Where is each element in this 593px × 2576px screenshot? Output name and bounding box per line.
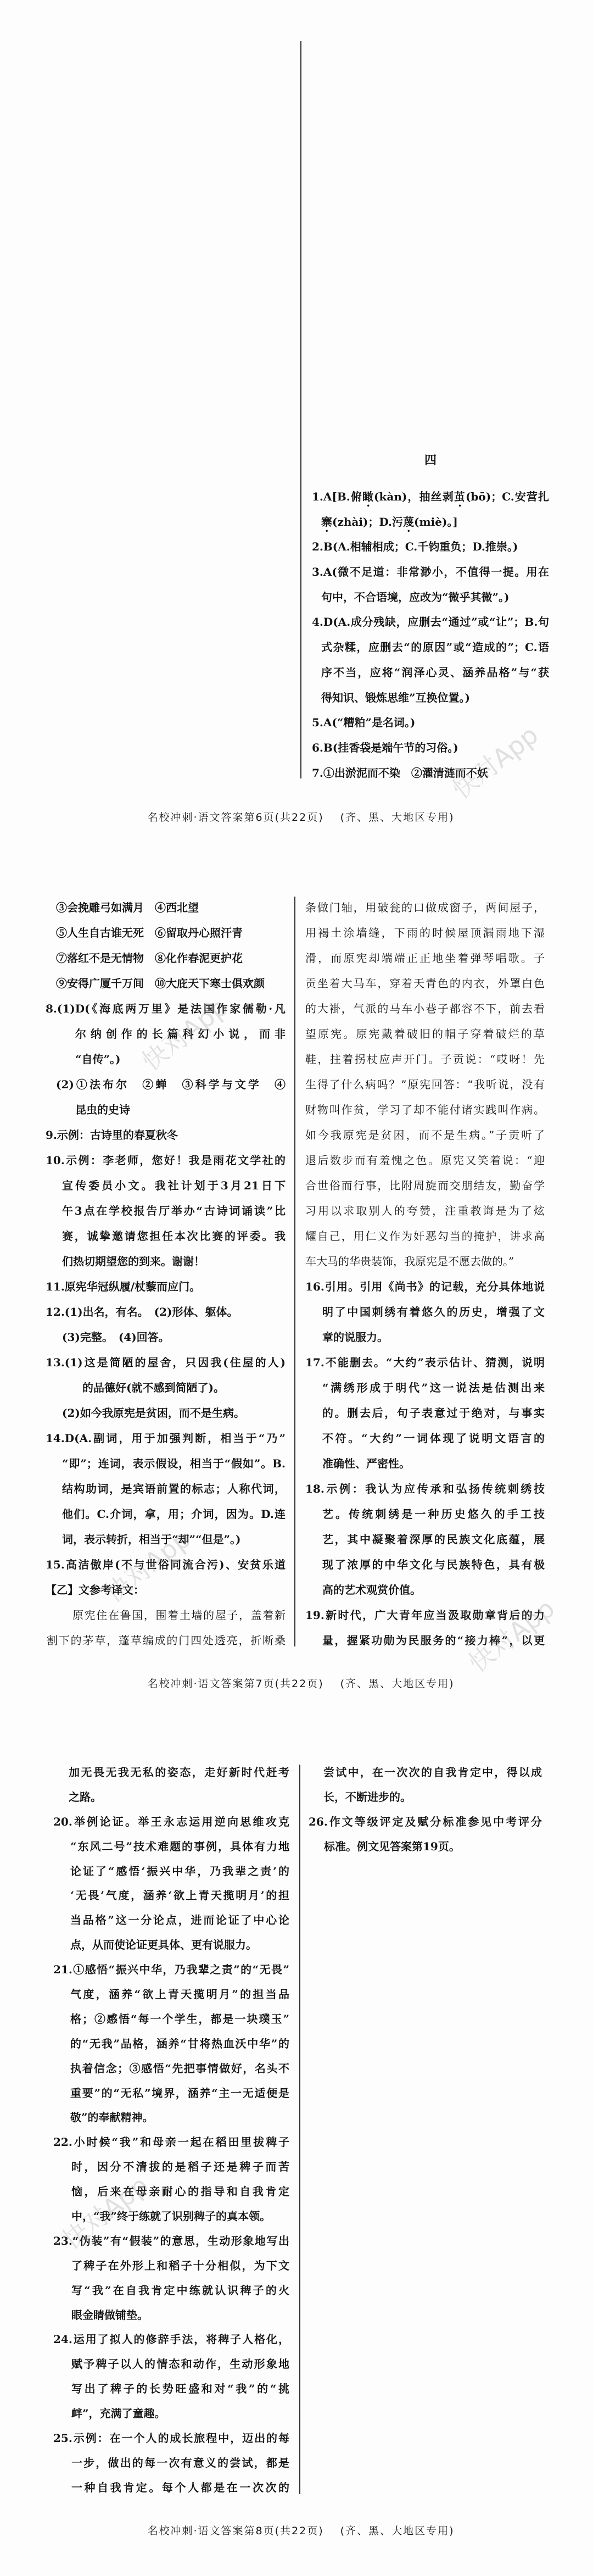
answer-line: 艺，其中凝聚着深厚的民族文化底蕴，展 <box>305 1527 545 1552</box>
answer-line: 章的说服力。 <box>305 1325 545 1350</box>
text-segment: (zhài)；D.污 <box>332 515 403 528</box>
answer-line: 式杂糅，应删去“的原因”或“造成的”；C.语 <box>312 635 549 660</box>
answer-line: 尝试中，在一次次的自我肯定中，得以成 <box>309 1760 542 1785</box>
translation-line: 车大马的华贵装饰，我原宪是不愿去做的。” <box>305 1249 545 1274</box>
emphasized-char: 蔑 <box>403 515 414 528</box>
answer-line: 的“无我”品格，涵养“甘将热血沃中华”的 <box>53 2032 289 2056</box>
answer-line: 一步，做出的每一次有意义的尝试，都是 <box>53 2451 289 2475</box>
answer-line: 宣传委员小文。我社计划于3月21日下 <box>46 1173 286 1198</box>
answer-line: 标准。例文见答案第19页。 <box>309 1834 542 1859</box>
answer-line: 14.D(A.副词，用于加强判断，相当于“乃” <box>46 1426 286 1451</box>
answer-line: 11.原宪华冠纵履/杖藜而应门。 <box>46 1274 286 1299</box>
answer-line: ③会挽雕弓如满月 ④西北望 <box>46 895 286 920</box>
translation-line: 如今我原宪是贫困，而不是生病。”子贡听了 <box>305 1122 545 1148</box>
answer-line: 当品格”这一分论点，进而论证了中心论 <box>53 1908 289 1933</box>
answer-line: 句中，不合语境，应改为“微乎其微”。) <box>312 585 549 610</box>
answer-line: “满绣形成于明代”这一说法是估测出来 <box>305 1375 545 1400</box>
answer-line: 结构助词，是宾语前置的标志；人称代词， <box>46 1476 286 1501</box>
answer-line: 17.不能删去。“大约”表示估计、猜测，说明 <box>305 1350 545 1375</box>
answer-line: 4.D(A.成分残缺，应删去“通过”或“让”；B.句 <box>312 610 549 635</box>
answer-line: 恼，后来在母亲耐心的指导和自我肯定 <box>53 2179 289 2204</box>
footer-title: 名校冲刺·语文答案第8页(共22页) <box>148 2525 324 2537</box>
page6-right-column: 1.A[B.俯瞰(kàn)，抽丝剥茧(bō)；C.安营扎 寨(zhài)；D.污… <box>312 485 549 786</box>
translation-line: 滑，而原宪却端端正正地坐着弹琴唱歌。子 <box>305 945 545 971</box>
text-segment: (bō)；C.安营扎 <box>466 490 549 503</box>
answer-line: 25.示例：在一个人的成长旅程中，迈出的每 <box>53 2426 289 2451</box>
emphasized-char: 茧 <box>454 490 466 503</box>
page8-right-column: 尝试中，在一次次的自我肯定中，得以成 长，不断进步的。 26.作文等级评定及赋分… <box>309 1760 542 1859</box>
answer-line: (2)如今我原宪是贫困，而不是生病。 <box>46 1400 286 1426</box>
answer-line: 寨(zhài)；D.污蔑(miè)。] <box>312 510 549 535</box>
answer-line: 写“我”在自我肯定中练就认识稗子的火 <box>53 2278 289 2303</box>
column-divider <box>300 41 301 778</box>
answer-line: 12.(1)出名，有名。 (2)形体、躯体。 <box>46 1299 286 1325</box>
answer-line: 写出了稗子的长势旺盛和对“我”的“挑 <box>53 2377 289 2401</box>
answer-line: “自传”。) <box>46 1047 286 1072</box>
answer-line: 1.A[B.俯瞰(kàn)，抽丝剥茧(bō)；C.安营扎 <box>312 485 549 510</box>
answer-line: 8.(1)D(《海底两万里》是法国作家儒勒·凡 <box>46 996 286 1021</box>
emphasized-char: 瞰 <box>362 490 374 503</box>
answer-line: 21.①感悟“振兴中华，乃我辈之责”的“无畏” <box>53 1957 289 1982</box>
answer-line: 加无畏无我无私的姿态，走好新时代赶考 <box>53 1760 289 1785</box>
translation-line: 退后数步而有羞愧之色。原宪又笑着说：“迎 <box>305 1148 545 1173</box>
answer-line: 点，从而使论证更具体、更有说服力。 <box>53 1933 289 1957</box>
answer-line: 格；②感悟“每一个学生，都是一块璞玉” <box>53 2007 289 2032</box>
answer-line: 16.引用。引用《尚书》的记载，充分具体地说 <box>305 1274 545 1299</box>
answer-line: (2)①法布尔 ②蝉 ③科学与文学 ④ <box>46 1072 286 1097</box>
footer-region: (齐、黑、大地区专用) <box>340 1678 455 1690</box>
answer-line: 赋予稗子以人的情态和动作，生动形象地 <box>53 2352 289 2377</box>
translation-line: 财物叫作贫，学习了却不能付诸实践叫作病。 <box>305 1097 545 1122</box>
translation-line: 鞋，拄着拐杖应声开门。子贡说：“哎呀！先 <box>305 1047 545 1072</box>
answer-line: 时，因分不清拔的是稻子还是稗子而苦 <box>53 2155 289 2179</box>
answer-line: 15.高洁傲岸(不与世俗同流合污)、安贫乐道 <box>46 1552 286 1577</box>
answer-line: “东风二号”技术难题的事例，具体有力地 <box>53 1834 289 1859</box>
column-divider <box>299 1765 300 2494</box>
text-segment: 1.A[B.俯 <box>312 490 362 503</box>
translation-line: 用褐土涂墙缝，下雨的时候屋顶漏雨地下湿 <box>305 920 545 945</box>
answer-line: 的。删去后，句子表意过于绝对，与事实 <box>305 1400 545 1426</box>
translation-line: 贡坐着大马车，穿着天青色的内衣，外罩白色 <box>305 971 545 996</box>
answer-line: 的品德好(就不感到简陋了)。 <box>46 1375 286 1400</box>
translation-line: 合世俗而行事，比附周旋而交朋结友，勤奋学 <box>305 1173 545 1198</box>
answer-line: 他们。C.介词，拿，用；介词，因为。D.连 <box>46 1501 286 1527</box>
answer-line: 现了浓厚的中华文化与民族特色，具有极 <box>305 1552 545 1577</box>
answer-line: 3.A(微不足道：非常渺小，不值得一提。用在 <box>312 560 549 585</box>
answer-line: 中，“我”终于练就了识别稗子的真本领。 <box>53 2204 289 2229</box>
answer-line: 19.新时代，广大青年应当汲取勋章背后的力 <box>305 1603 545 1628</box>
answer-line: 10.示例：李老师，您好！我是雨花文学社的 <box>46 1148 286 1173</box>
answer-line: 赛，诚挚邀请您担任本次比赛的评委。我 <box>46 1223 286 1249</box>
answer-line: 20.举例论证。举王永志运用逆向思维攻克 <box>53 1810 289 1834</box>
answer-line: ⑤人生自古谁无死 ⑥留取丹心照汗青 <box>46 920 286 945</box>
column-divider <box>294 897 295 1646</box>
translation-line: 望原宪。原宪戴着破旧的帽子穿着破烂的草 <box>305 1021 545 1047</box>
page7-left-column: ③会挽雕弓如满月 ④西北望 ⑤人生自古谁无死 ⑥留取丹心照汗青 ⑦落红不是无情物… <box>46 895 286 1653</box>
answer-line: 9.示例：古诗里的春夏秋冬 <box>46 1122 286 1148</box>
answer-line: 5.A(“糟粕”是名词。) <box>312 710 549 736</box>
translation-line: 原宪住在鲁国，围着土墙的屋子，盖着新 <box>46 1603 286 1628</box>
answer-line: 论证了“感悟‘振兴中华，乃我辈之责’的 <box>53 1859 289 1884</box>
answer-line: 衅”，充满了童趣。 <box>53 2401 289 2426</box>
text-segment: (miè)。] <box>414 515 458 528</box>
answer-line: 13.(1)这是简陋的屋舍，只因我(住屋的人) <box>46 1350 286 1375</box>
answer-line: 准确性、严密性。 <box>305 1451 545 1476</box>
answer-line: 了稗子在外形上和稻子十分相似，为下文 <box>53 2254 289 2278</box>
answer-line: 尔纳创作的长篇科幻小说，而非 <box>46 1021 286 1047</box>
translation-line: 条做门轴，用破瓮的口做成窗子，两间屋子， <box>305 895 545 920</box>
footer-region: (齐、黑、大地区专用) <box>340 811 455 824</box>
answer-line: 之路。 <box>53 1785 289 1810</box>
answer-line: 不符。“大约”一词体现了说明文语言的 <box>305 1426 545 1451</box>
answer-line: “即”；连词，表示假设，相当于“假如”。B. <box>46 1451 286 1476</box>
answer-line: 执着信念；③感悟“先把事情做好，名头不 <box>53 2056 289 2081</box>
answer-line: 词，表示转折，相当于“却”“但是”。) <box>46 1527 286 1552</box>
page8-left-column: 加无畏无我无私的姿态，走好新时代赶考 之路。 20.举例论证。举王永志运用逆向思… <box>53 1760 289 2500</box>
answer-line: 昆虫的史诗 <box>46 1097 286 1122</box>
answer-line: (3)完整。 (4)回答。 <box>46 1325 286 1350</box>
answer-line: ‘无畏’气度，涵养‘欲上青天揽明月’的担 <box>53 1883 289 1908</box>
answer-line: 26.作文等级评定及赋分标准参见中考评分 <box>309 1810 542 1834</box>
page7-right-column: 条做门轴，用破瓮的口做成窗子，两间屋子， 用褐土涂墙缝，下雨的时候屋顶漏雨地下湿… <box>305 895 545 1653</box>
answer-line: 22.小时候“我”和母亲一起在稻田里拔稗子 <box>53 2130 289 2155</box>
answer-line: ⑨安得广厦千万间 ⑩大庇天下寒士俱欢颜 <box>46 971 286 996</box>
answer-line: 得知识、锻炼思维”互换位置。) <box>312 686 549 711</box>
answer-line: 7.①出淤泥而不染 ②濯清涟而不妖 <box>312 761 549 786</box>
answer-line: 一种自我肯定。每个人都是在一次次的 <box>53 2475 289 2500</box>
translation-line: 耀自己，用仁义作为奸恶勾当的掩护，讲求高 <box>305 1223 545 1249</box>
text-segment: (kàn)，抽丝剥 <box>374 490 454 503</box>
answer-line: 重要”的“无私”境界，涵养“主一无适便是 <box>53 2081 289 2106</box>
answer-line: 6.B(挂香袋是端午节的习俗。) <box>312 736 549 761</box>
page-footer: 名校冲刺·语文答案第7页(共22页)(齐、黑、大地区专用) <box>4 1676 593 1692</box>
document-canvas: 四 1.A[B.俯瞰(kàn)，抽丝剥茧(bō)；C.安营扎 寨(zhài)；D… <box>0 0 593 2576</box>
footer-region: (齐、黑、大地区专用) <box>340 2525 455 2537</box>
answer-line: 23.“伪装”有“假装”的意思，生动形象地写出 <box>53 2229 289 2254</box>
answer-line: 24.运用了拟人的修辞手法，将稗子人格化， <box>53 2327 289 2352</box>
translation-heading: 【乙】文参考译文： <box>46 1577 286 1603</box>
answer-line: 敬”的奉献精神。 <box>53 2105 289 2130</box>
answer-line: 高的艺术观赏价值。 <box>305 1577 545 1603</box>
answer-line: 明了中国刺绣有着悠久的历史，增强了文 <box>305 1299 545 1325</box>
answer-line: 气度，涵养“欲上青天揽明月”的担当品 <box>53 1982 289 2007</box>
translation-line: 习用以求取别人的夸赞，注重教诲是为了炫 <box>305 1198 545 1223</box>
answer-line: 18.示例：我认为应传承和弘扬传统刺绣技 <box>305 1476 545 1501</box>
footer-title: 名校冲刺·语文答案第7页(共22页) <box>148 1678 324 1690</box>
section-heading: 四 <box>312 452 549 469</box>
answer-line: 2.B(A.相辅相成；C.千钧重负；D.推崇。) <box>312 535 549 560</box>
emphasized-char: 寨 <box>321 515 332 528</box>
answer-line: 艺。传统刺绣是一种历史悠久的手工技 <box>305 1501 545 1527</box>
answer-line: 长，不断进步的。 <box>309 1785 542 1810</box>
translation-line: 生得了什么病吗？”原宪回答：“我听说，没有 <box>305 1072 545 1097</box>
answer-line: ⑦落红不是无情物 ⑧化作春泥更护花 <box>46 945 286 971</box>
answer-line: 序不当，应将“润泽心灵、涵养品格”与“获 <box>312 660 549 686</box>
translation-line: 的大褂，气派的马车小巷子都容不下，前去看 <box>305 996 545 1021</box>
answer-line: 午3点在学校报告厅举办“古诗词诵读”比 <box>46 1198 286 1223</box>
answer-line: 量，握紧功勋为民服务的“接力棒”，以更 <box>305 1628 545 1653</box>
page-footer: 名校冲刺·语文答案第6页(共22页)(齐、黑、大地区专用) <box>4 810 593 825</box>
answer-line: 们热切期望您的到来。谢谢！ <box>46 1249 286 1274</box>
page-footer: 名校冲刺·语文答案第8页(共22页)(齐、黑、大地区专用) <box>4 2523 593 2539</box>
translation-line: 割下的茅草，蓬草编成的门四处透亮，折断桑 <box>46 1628 286 1653</box>
answer-line: 眼金睛做铺垫。 <box>53 2303 289 2328</box>
footer-title: 名校冲刺·语文答案第6页(共22页) <box>148 811 324 824</box>
